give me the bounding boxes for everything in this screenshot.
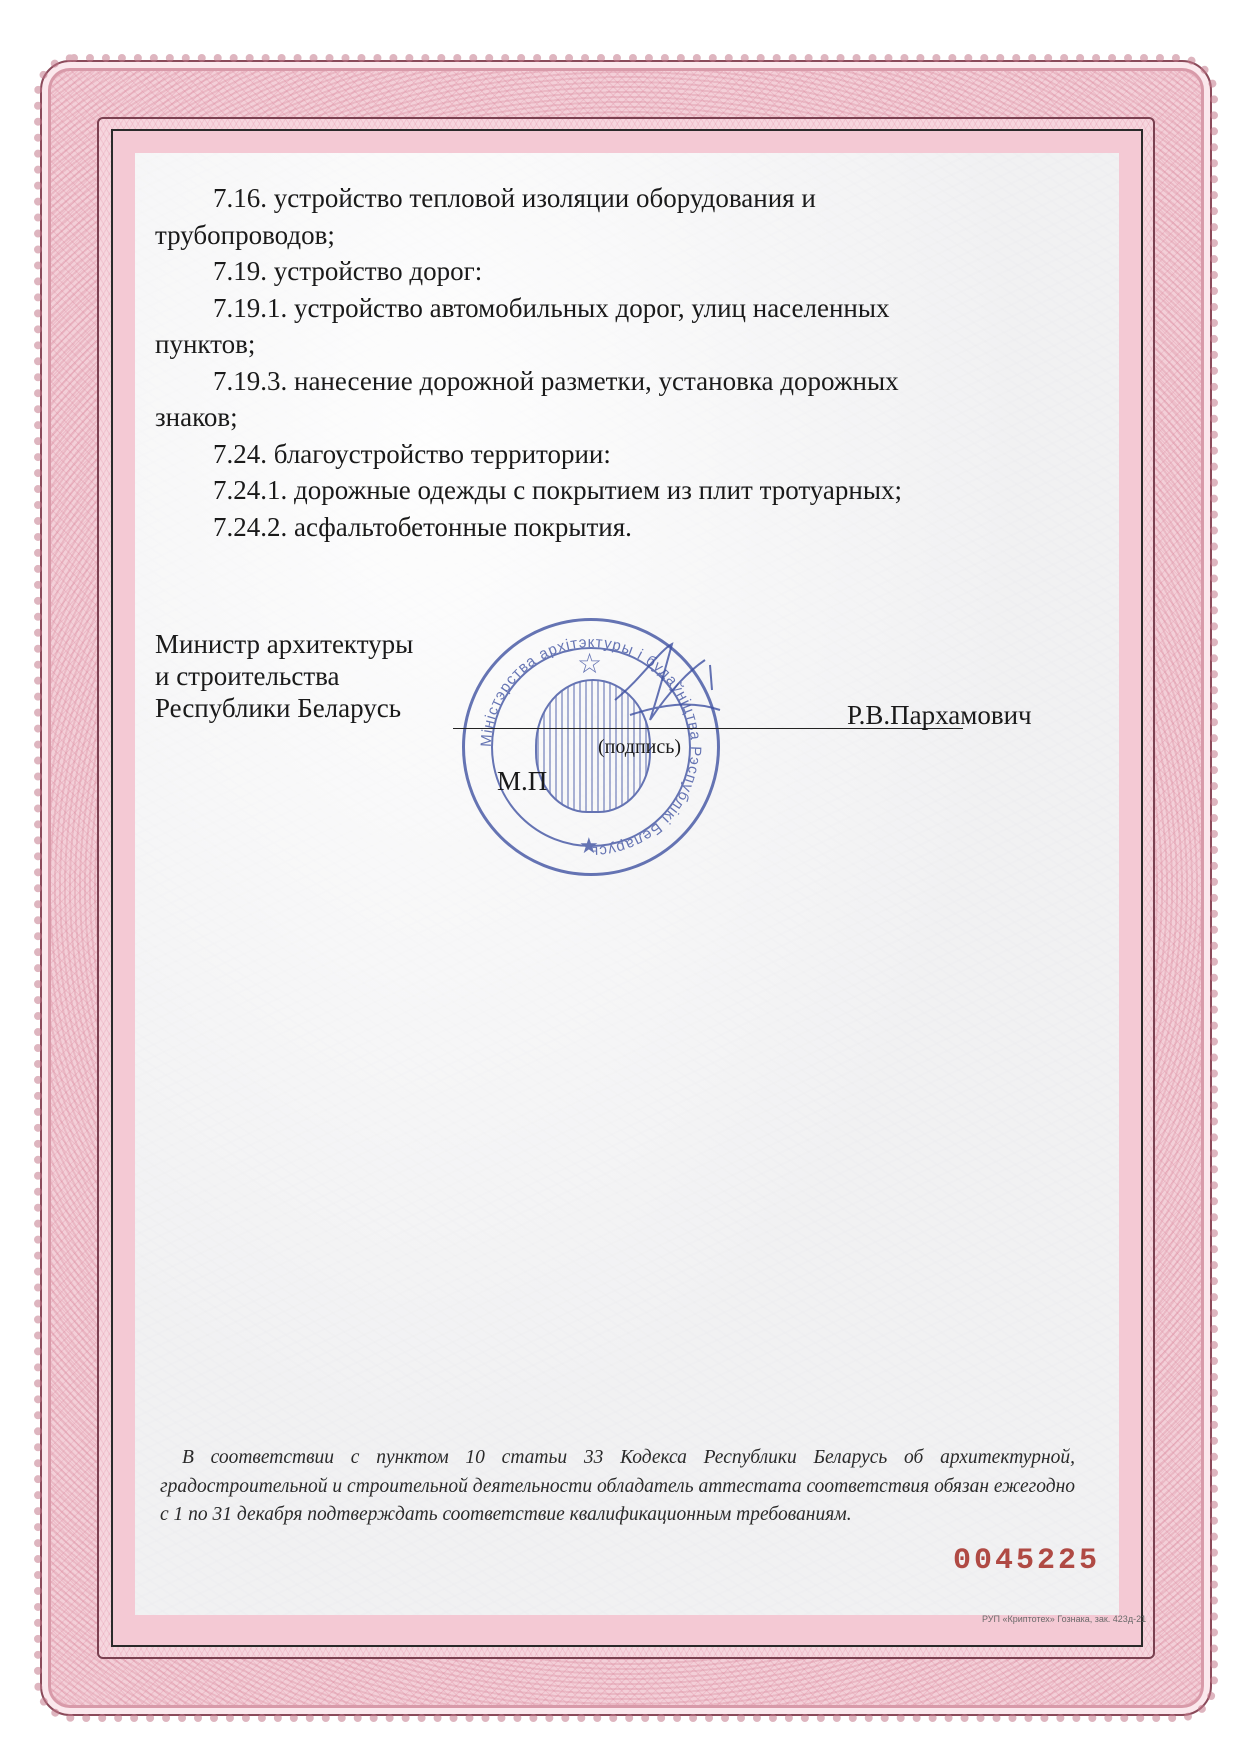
star-icon: ★ <box>579 835 599 857</box>
list-item: 7.24. благоустройство территории: <box>155 436 1075 473</box>
list-item: 7.19.1. устройство автомобильных дорог, … <box>155 290 1075 327</box>
signature-caption: (подпись) <box>598 736 681 759</box>
list-item: знаков; <box>155 399 1075 436</box>
legal-footnote: В соответствии с пунктом 10 статьи 33 Ко… <box>160 1444 1075 1530</box>
signatory-name: Р.В.Пархамович <box>847 700 1032 731</box>
serial-number: 0045225 <box>953 1544 1100 1578</box>
list-item: пунктов; <box>155 326 1075 363</box>
signatory-title-line: и строительства <box>155 660 1075 692</box>
seal-place-label: М.П <box>497 766 547 797</box>
signatory-title-line: Министр архитектуры <box>155 628 1075 660</box>
list-item: 7.24.1. дорожные одежды с покрытием из п… <box>155 472 1075 509</box>
list-item: 7.24.2. асфальтобетонные покрытия. <box>155 509 1075 546</box>
printer-imprint: РУП «Криптотех» Гознака, зак. 423д-21 <box>982 1614 1146 1624</box>
signature-block: Министр архитектуры и строительства Респ… <box>155 628 1075 828</box>
list-item: 7.19.3. нанесение дорожной разметки, уст… <box>155 363 1075 400</box>
document-body: 7.16. устройство тепловой изоляции обору… <box>155 180 1075 545</box>
list-item: трубопроводов; <box>155 217 1075 254</box>
list-item: 7.19. устройство дорог: <box>155 253 1075 290</box>
list-item: 7.16. устройство тепловой изоляции обору… <box>155 180 1075 217</box>
